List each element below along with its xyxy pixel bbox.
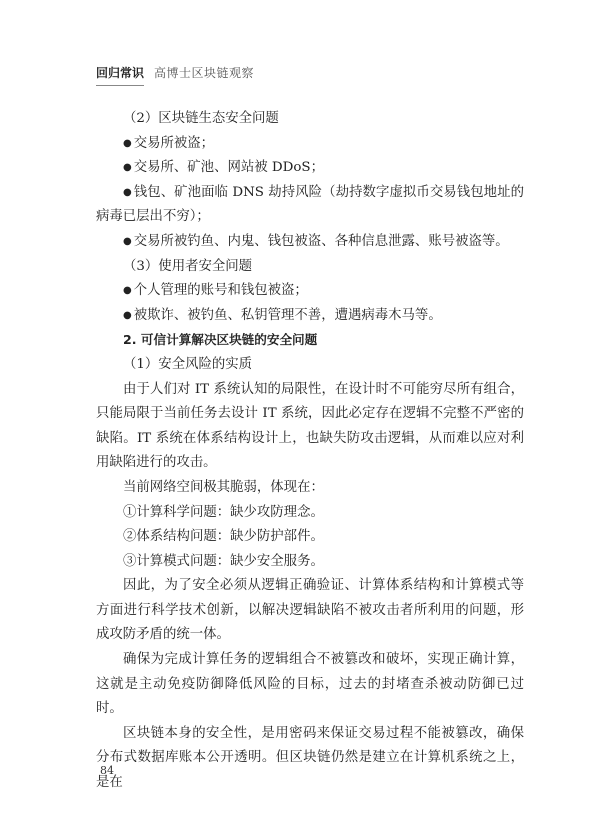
- numbered-item: ③计算模式问题：缺少安全服务。: [96, 550, 524, 575]
- numbered-item: ②体系结构问题：缺少防护部件。: [96, 525, 524, 550]
- bullet-icon: ●: [123, 236, 132, 247]
- subsection-title: （1）安全风险的实质: [96, 353, 524, 378]
- page-body: （2）区块链生态安全问题 ●交易所被盗； ●交易所、矿池、网站被 DDoS； ●…: [96, 107, 524, 796]
- book-title: 高博士区块链观察: [154, 66, 254, 80]
- section-heading: 2. 可信计算解决区块链的安全问题: [96, 328, 524, 353]
- paragraph: 因此，为了安全必须从逻辑正确验证、计算体系结构和计算模式等方面进行科学技术创新，…: [96, 574, 524, 648]
- bullet-icon: ●: [123, 187, 132, 198]
- paragraph: 由于人们对 IT 系统认知的局限性，在设计时不可能穷尽所有组合，只能局限于当前任…: [96, 378, 524, 476]
- list-item: ●交易所、矿池、网站被 DDoS；: [96, 156, 524, 181]
- list-item: ●交易所被盗；: [96, 132, 524, 157]
- bullet-icon: ●: [123, 310, 132, 321]
- bullet-icon: ●: [123, 285, 132, 296]
- page-number: 84: [100, 764, 114, 777]
- list-item: ●钱包、矿池面临 DNS 劫持风险（劫持数字虚拟币交易钱包地址的病毒已层出不穷）…: [96, 181, 524, 230]
- subsection-title: （2）区块链生态安全问题: [96, 107, 524, 132]
- numbered-item: ①计算科学问题：缺少攻防理念。: [96, 501, 524, 526]
- list-item: ●个人管理的账号和钱包被盗；: [96, 279, 524, 304]
- running-header: 回归常识高博士区块链观察: [96, 64, 254, 81]
- bullet-icon: ●: [123, 138, 132, 149]
- bullet-icon: ●: [123, 162, 132, 173]
- paragraph: 当前网络空间极其脆弱，体现在：: [96, 476, 524, 501]
- paragraph: 确保为完成计算任务的逻辑组合不被篡改和破坏，实现正确计算，这就是主动免疫防御降低…: [96, 648, 524, 722]
- subsection-title: （3）使用者安全问题: [96, 255, 524, 280]
- series-title: 回归常识: [96, 64, 144, 81]
- list-item: ●被欺诈、被钓鱼、私钥管理不善，遭遇病毒木马等。: [96, 304, 524, 329]
- paragraph: 区块链本身的安全性，是用密码来保证交易过程不能被篡改，确保分布式数据库账本公开透…: [96, 722, 524, 796]
- list-item: ●交易所被钓鱼、内鬼、钱包被盗、各种信息泄露、账号被盗等。: [96, 230, 524, 255]
